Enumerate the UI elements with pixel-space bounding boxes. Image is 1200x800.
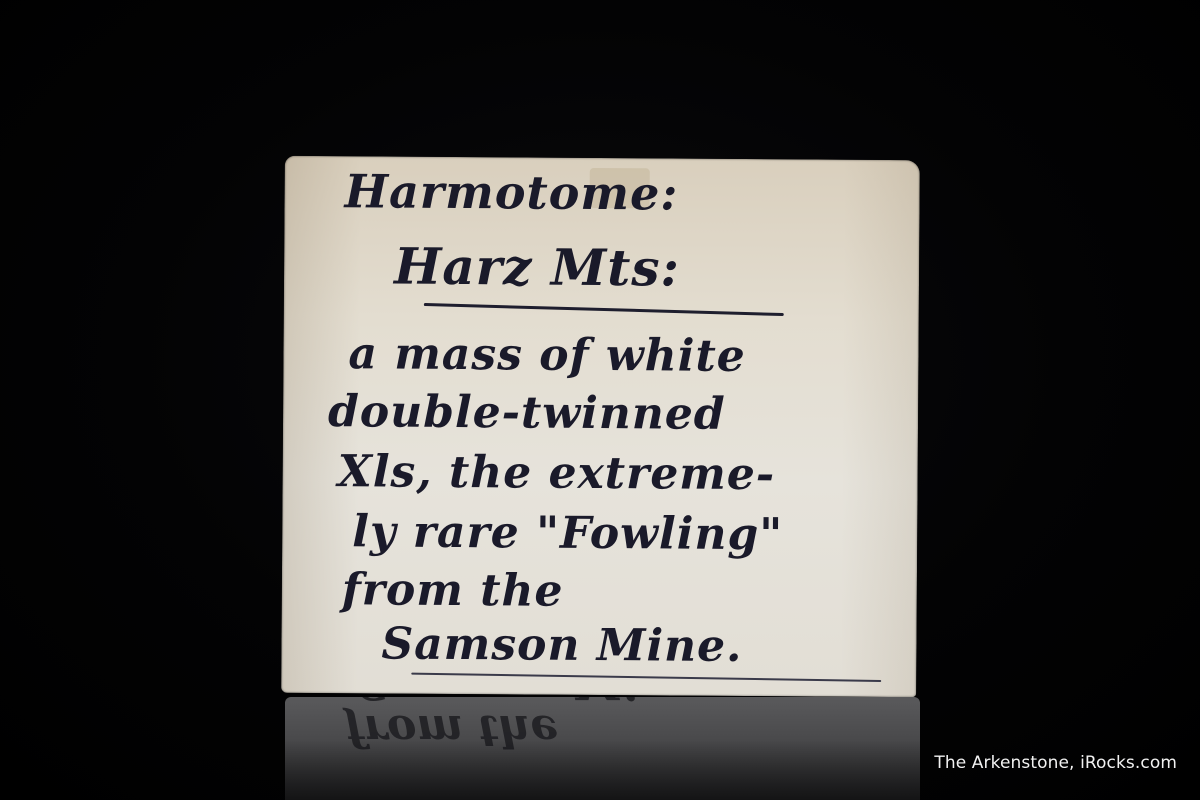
mine-underline <box>411 673 881 682</box>
label-line-description-2: double-twinned <box>328 386 726 440</box>
locality-underline <box>424 303 784 316</box>
photo-credit-watermark: The Arkenstone, iRocks.com <box>934 753 1177 773</box>
label-line-mine: Samson Mine. <box>381 618 742 672</box>
specimen-label-card: Harmotome: Harz Mts: a mass of white dou… <box>281 156 920 697</box>
label-line-description-5: from the <box>342 564 564 617</box>
label-line-description-1: a mass of white <box>348 328 746 382</box>
label-line-description-4: ly rare "Fowling" <box>352 506 783 560</box>
label-line-locality: Harz Mts: <box>394 237 680 298</box>
card-reflection: Samson Mine. from the <box>285 697 920 800</box>
label-line-mineral: Harmotome: <box>344 164 678 220</box>
label-line-description-3: Xls, the extreme- <box>338 446 776 500</box>
reflection-fade <box>285 740 920 800</box>
